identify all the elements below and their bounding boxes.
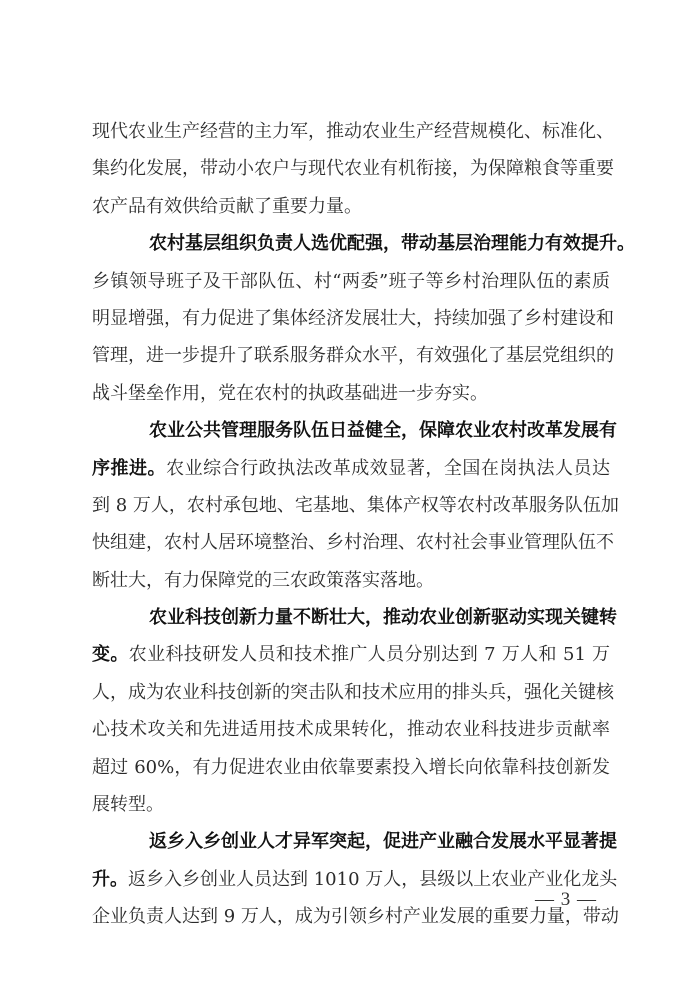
paragraph-line: 明显增强，有力促进了集体经济发展壮大，持续加强了乡村建设和 bbox=[92, 300, 610, 337]
paragraph-text: 农业科技研发人员和技术推广人员分别达到 7 万人和 51 万 bbox=[129, 644, 610, 665]
paragraph-line: 快组建，农村人居环境整治、乡村治理、农村社会事业管理队伍不 bbox=[92, 524, 610, 561]
paragraph-line: 现代农业生产经营的主力军，推动农业生产经营规模化、标准化、 bbox=[92, 113, 610, 150]
page-number: — 3 — bbox=[535, 889, 597, 911]
paragraph-text: 返乡入乡创业人员达到 1010 万人，县级以上农业产业化龙头 bbox=[128, 869, 617, 890]
paragraph-line: 断壮大，有力保障党的三农政策落实落地。 bbox=[92, 562, 610, 599]
document-body: 现代农业生产经营的主力军，推动农业生产经营规模化、标准化、 集约化发展，带动小农… bbox=[92, 113, 610, 936]
paragraph-line: 乡镇领导班子及干部队伍、村“两委”班子等乡村治理队伍的素质 bbox=[92, 263, 610, 300]
section-heading-end: 序推进。 bbox=[92, 458, 166, 479]
paragraph-text: 农业综合行政执法改革成效显著，全国在岗执法人员达 bbox=[166, 458, 610, 479]
paragraph-line: 升。返乡入乡创业人员达到 1010 万人，县级以上农业产业化龙头 bbox=[92, 861, 610, 898]
section-heading: 农村基层组织负责人选优配强，带动基层治理能力有效提升。 bbox=[92, 225, 610, 262]
paragraph-line: 变。农业科技研发人员和技术推广人员分别达到 7 万人和 51 万 bbox=[92, 636, 610, 673]
paragraph-line: 管理，进一步提升了联系服务群众水平，有效强化了基层党组织的 bbox=[92, 337, 610, 374]
paragraph-line: 企业负责人达到 9 万人，成为引领乡村产业发展的重要力量，带动 bbox=[92, 898, 610, 935]
paragraph-line: 到 8 万人，农村承包地、宅基地、集体产权等农村改革服务队伍加 bbox=[92, 487, 610, 524]
paragraph-line: 展转型。 bbox=[92, 786, 610, 823]
section-heading: 返乡入乡创业人才异军突起，促进产业融合发展水平显著提 bbox=[92, 823, 610, 860]
section-heading-end: 升。 bbox=[92, 869, 128, 890]
paragraph-line: 集约化发展，带动小农户与现代农业有机衔接，为保障粮食等重要 bbox=[92, 150, 610, 187]
paragraph-line: 战斗堡垒作用，党在农村的执政基础进一步夯实。 bbox=[92, 375, 610, 412]
paragraph-line: 超过 60%，有力促进农业由依靠要素投入增长向依靠科技创新发 bbox=[92, 749, 610, 786]
section-heading-end: 变。 bbox=[92, 644, 129, 665]
section-heading: 农业公共管理服务队伍日益健全，保障农业农村改革发展有 bbox=[92, 412, 610, 449]
paragraph-line: 序推进。农业综合行政执法改革成效显著，全国在岗执法人员达 bbox=[92, 450, 610, 487]
paragraph-line: 人，成为农业科技创新的突击队和技术应用的排头兵，强化关键核 bbox=[92, 674, 610, 711]
section-heading: 农业科技创新力量不断壮大，推动农业创新驱动实现关键转 bbox=[92, 599, 610, 636]
paragraph-line: 心技术攻关和先进适用技术成果转化，推动农业科技进步贡献率 bbox=[92, 711, 610, 748]
paragraph-line: 农产品有效供给贡献了重要力量。 bbox=[92, 188, 610, 225]
